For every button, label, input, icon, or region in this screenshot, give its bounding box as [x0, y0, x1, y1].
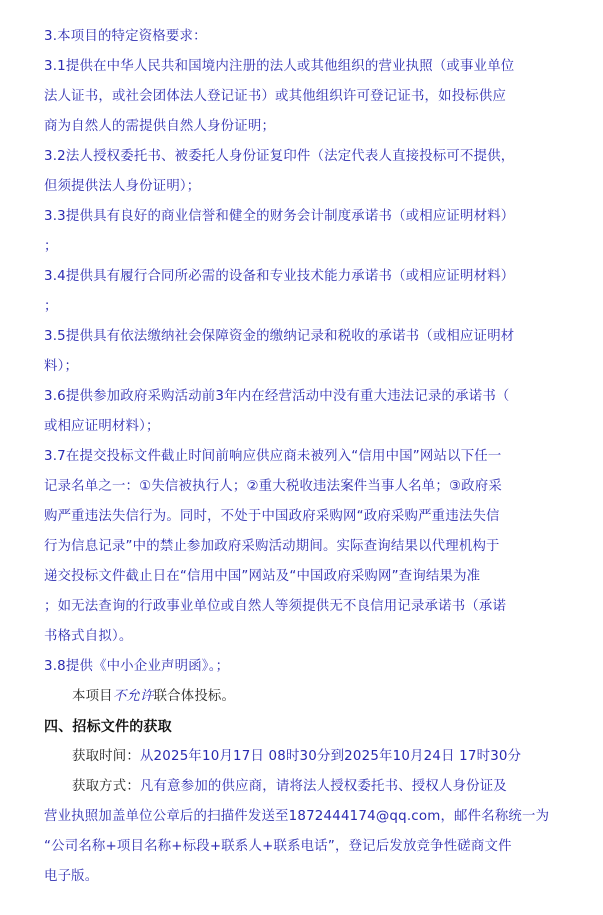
acquisition-method-line-3: “公司名称+项目名称+标段+联系人+联系电话”，登记后发放竞争性磋商文件 [44, 838, 512, 856]
requirement-3-1-line-3: 商为自然人的需提供自然人身份证明； [44, 118, 275, 136]
requirement-3-1-line-2: 法人证书，或社会团体法人登记证书）或其他组织许可登记证书，如投标供应 [44, 88, 506, 106]
requirement-3-6-line-2: 或相应证明材料）； [44, 418, 160, 436]
requirement-3-4-line-1: 3.4提供具有履行合同所必需的设备和专业技术能力承诺书（或相应证明材料） [44, 268, 514, 286]
requirement-3-7-line-4: 行为信息记录”中的禁止参加政府采购活动期间。实际查询结果以代理机构于 [44, 538, 500, 556]
acquisition-method-line-1: 获取方式：凡有意参加的供应商，请将法人授权委托书、授权人身份证及 [72, 778, 507, 796]
acquisition-method-label: 获取方式： [72, 779, 140, 794]
requirement-3-3-line-2: ； [44, 238, 58, 256]
qualification-heading: 3.本项目的特定资格要求： [44, 28, 207, 46]
requirement-3-2-line-1: 3.2法人授权委托书、被委托人身份证复印件（法定代表人直接投标可不提供， [44, 148, 514, 166]
requirement-3-6-line-1: 3.6提供参加政府采购活动前3年内在经营活动中没有重大违法记录的承诺书（ [44, 388, 510, 406]
requirement-3-2-line-2: 但须提供法人身份证明）； [44, 178, 200, 196]
acquisition-time-label: 获取时间： [72, 749, 140, 764]
acquisition-time: 获取时间：从2025年10月17日 08时30分到2025年10月24日 17时… [72, 748, 521, 766]
requirement-3-7-line-7: 书格式自拟）。 [44, 628, 132, 646]
requirement-3-8: 3.8提供《中小企业声明函》。； [44, 658, 229, 676]
requirement-3-7-line-5: 递交投标文件截止日在“信用中国”网站及“中国政府采购网”查询结果为准 [44, 568, 480, 586]
consortium-statement: 本项目不允许联合体投标。 [72, 688, 235, 706]
requirement-3-7-line-2: 记录名单之一：①失信被执行人；②重大税收违法案件当事人名单；③政府采 [44, 478, 502, 496]
requirement-3-7-line-3: 购严重违法失信行为。同时，不处于中国政府采购网“政府采购严重违法失信 [44, 508, 500, 526]
requirement-3-5-line-1: 3.5提供具有依法缴纳社会保障资金的缴纳记录和税收的承诺书（或相应证明材 [44, 328, 514, 346]
consortium-prefix: 本项目 [72, 689, 113, 704]
requirement-3-3-line-1: 3.3提供具有良好的商业信誉和健全的财务会计制度承诺书（或相应证明材料） [44, 208, 514, 226]
requirement-3-4-line-2: ； [44, 298, 58, 316]
acquisition-method-line-2: 营业执照加盖单位公章后的扫描件发送至1872444174@qq.com，邮件名称… [44, 808, 549, 826]
acquisition-method-text: 凡有意参加的供应商，请将法人授权委托书、授权人身份证及 [140, 779, 507, 794]
section-4-heading: 四、招标文件的获取 [44, 718, 172, 736]
acquisition-time-value: 从2025年10月17日 08时30分到2025年10月24日 17时30分 [140, 749, 521, 764]
requirement-3-7-line-6: ；如无法查询的行政事业单位或自然人等须提供无不良信用记录承诺书（承诺 [44, 598, 506, 616]
consortium-emphasis: 不允许 [113, 689, 154, 704]
consortium-suffix: 联合体投标。 [154, 689, 236, 704]
requirement-3-1-line-1: 3.1提供在中华人民共和国境内注册的法人或其他组织的营业执照（或事业单位 [44, 58, 514, 76]
requirement-3-5-line-2: 料）； [44, 358, 78, 376]
acquisition-method-line-4: 电子版。 [44, 868, 98, 886]
requirement-3-7-line-1: 3.7在提交投标文件截止时间前响应供应商未被列入“信用中国”网站以下任一 [44, 448, 501, 466]
